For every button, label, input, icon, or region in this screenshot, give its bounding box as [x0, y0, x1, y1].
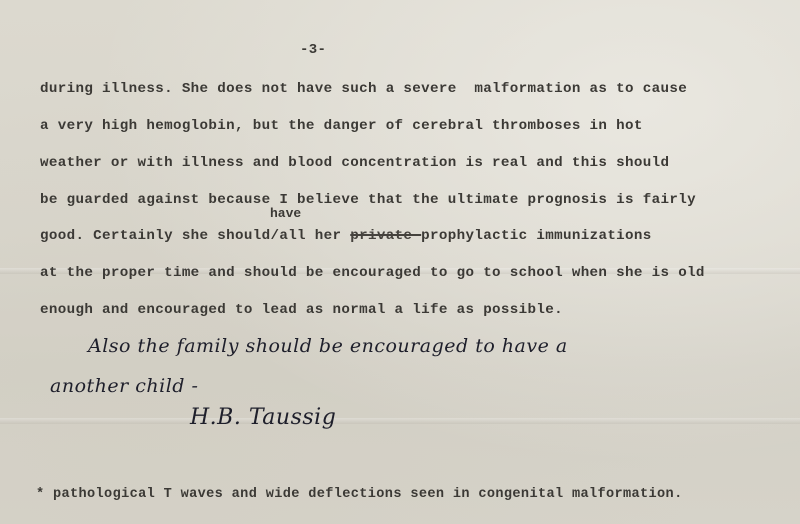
typed-insertion-have: have	[270, 206, 301, 221]
line5-before: good. Certainly she should/all her	[40, 228, 350, 244]
typed-line-6: at the proper time and should be encoura…	[40, 266, 705, 280]
footnote: * pathological T waves and wide deflecti…	[36, 488, 683, 502]
handwritten-note-line-2: another child -	[50, 375, 198, 397]
handwritten-note-line-1: Also the family should be encouraged to …	[88, 335, 568, 357]
letter-page: -3- during illness. She does not have su…	[0, 0, 800, 524]
typed-line-7: enough and encouraged to lead as normal …	[40, 303, 563, 317]
typed-line-1: during illness. She does not have such a…	[40, 82, 687, 96]
page-number: -3-	[300, 43, 326, 57]
typed-line-5: good. Certainly she should/all her priva…	[40, 229, 652, 243]
line5-after: prophylactic immunizations	[421, 228, 651, 244]
typed-line-4: be guarded against because I believe tha…	[40, 193, 696, 207]
signature: H.B. Taussig	[190, 405, 336, 430]
typed-line-2: a very high hemoglobin, but the danger o…	[40, 119, 643, 133]
typed-line-3: weather or with illness and blood concen…	[40, 156, 669, 170]
struck-word: private	[350, 228, 421, 244]
paper-crease	[0, 418, 800, 424]
